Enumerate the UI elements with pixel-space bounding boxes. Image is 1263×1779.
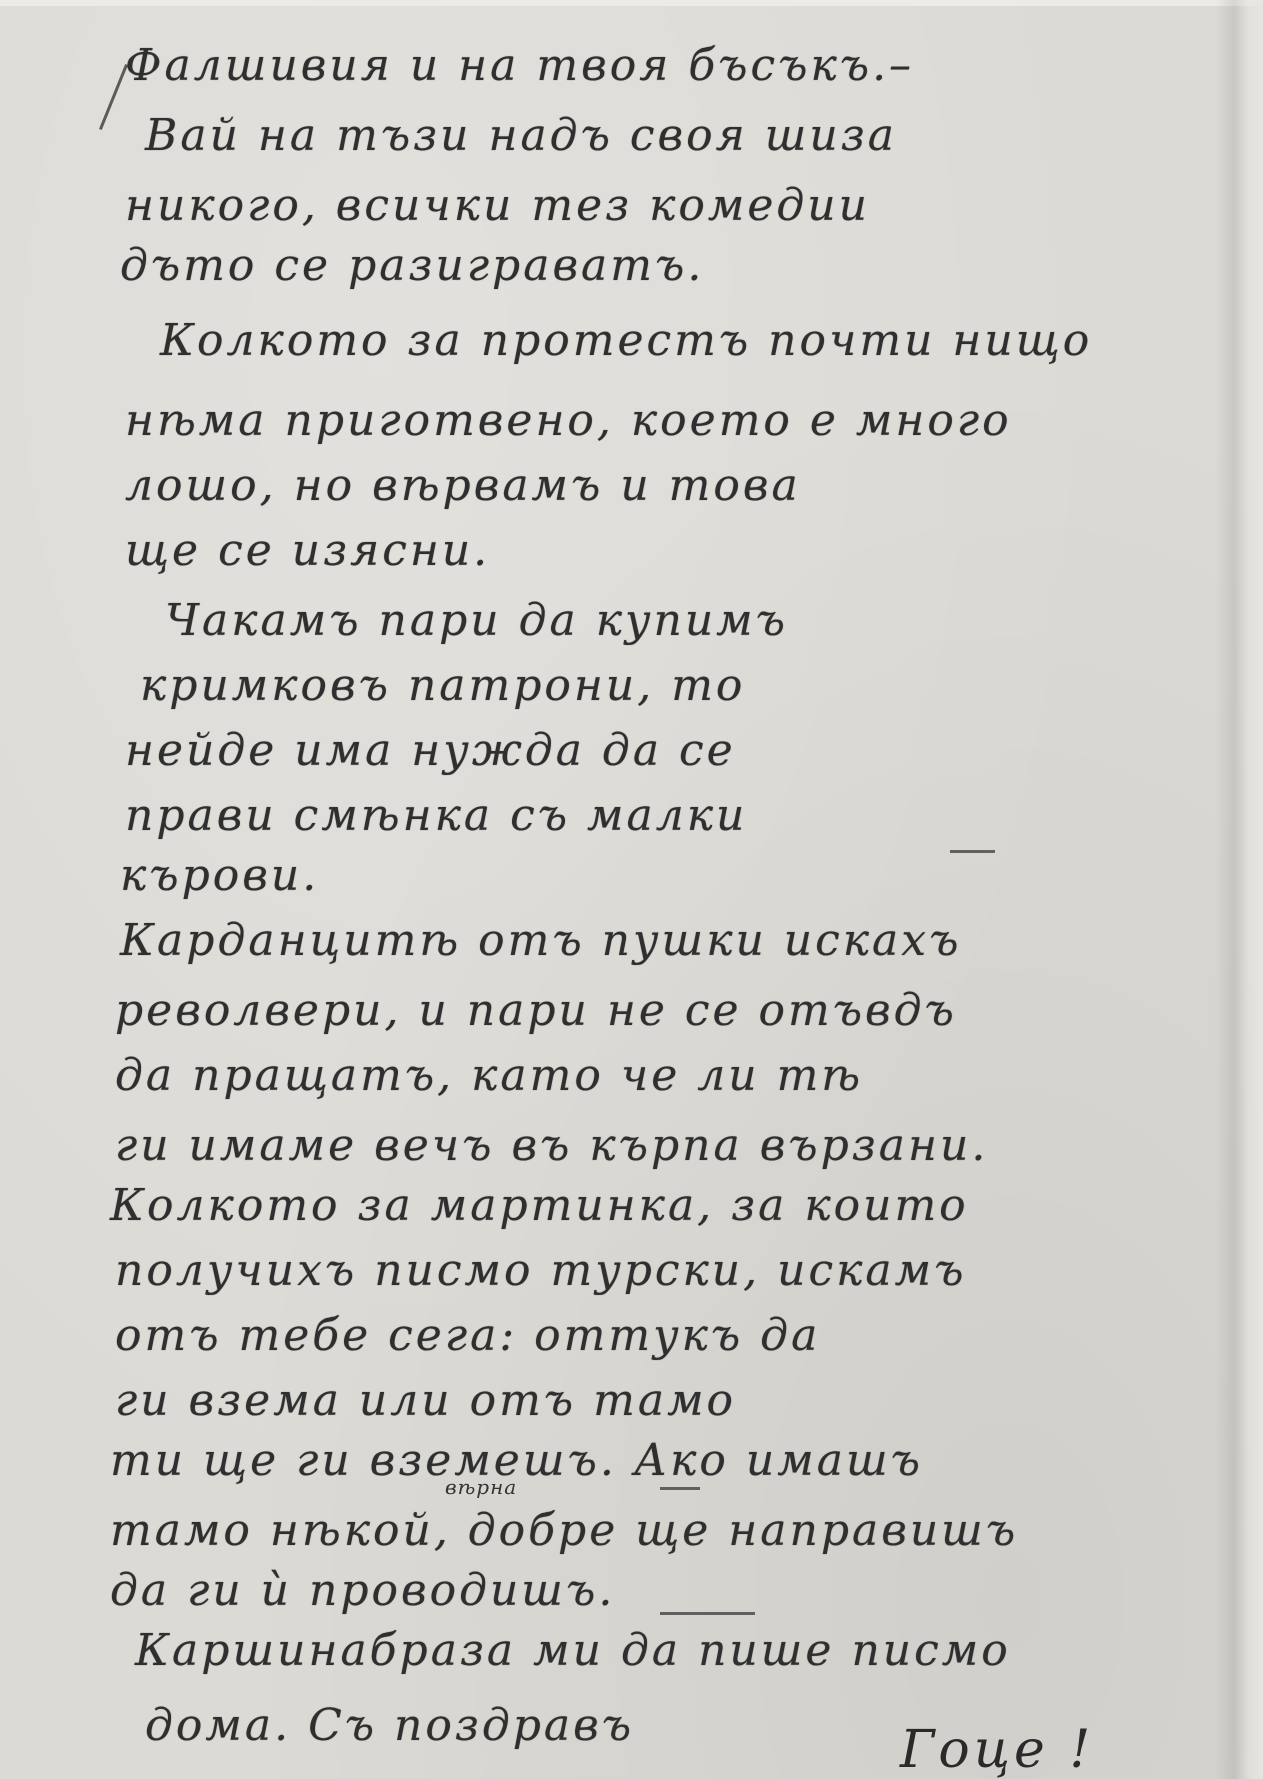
margin-stroke xyxy=(99,64,128,130)
handwritten-line-14: Карданцитѣ отъ пушки искахъ xyxy=(120,915,961,966)
page-right-edge xyxy=(1215,0,1263,1779)
handwritten-line-26: дома. Съ поздравъ xyxy=(145,1700,634,1751)
handwritten-line-3: никого, всички тез комедии xyxy=(125,180,870,231)
handwritten-line-13: кърови. xyxy=(120,850,319,901)
handwritten-line-12: прави смѣнка съ малки xyxy=(125,790,747,841)
handwritten-line-9: Чакамъ пари да купимъ xyxy=(165,595,788,646)
handwritten-line-20: отъ тебе сега: оттукъ да xyxy=(115,1310,820,1361)
handwritten-line-11: нейде има нужда да се xyxy=(125,725,736,776)
underline-mark xyxy=(660,1487,700,1490)
handwritten-line-5: Колкото за протестъ почти нищо xyxy=(160,315,1092,366)
underline-mark xyxy=(660,1612,755,1615)
handwritten-line-7: лошо, но вѣрвамъ и това xyxy=(125,460,801,511)
manuscript-page: Фалшивия и на твоя бъсъкъ.– Вай на тъзи … xyxy=(0,0,1263,1779)
handwritten-line-4: дъто се разиграватъ. xyxy=(120,240,704,291)
underline-mark xyxy=(950,850,995,853)
interlinear-insert: вѣрна xyxy=(445,1475,517,1499)
handwritten-line-6: нѣма приготвено, което е много xyxy=(125,395,1012,446)
signature: Гоце ! xyxy=(900,1720,1094,1779)
handwritten-line-15: револвери, и пари не се отъвдъ xyxy=(115,985,957,1036)
handwritten-line-16: да пращатъ, като че ли тѣ xyxy=(115,1050,863,1101)
handwritten-line-19: получихъ писмо турски, искамъ xyxy=(115,1245,966,1296)
handwritten-line-10: кримковъ патрони, то xyxy=(140,660,745,711)
page-top-edge xyxy=(0,0,1263,6)
handwritten-line-23: тамо нѣкой, добре ще направишъ xyxy=(110,1505,1018,1556)
handwritten-line-1: Фалшивия и на твоя бъсъкъ.– xyxy=(125,40,914,91)
handwritten-line-8: ще се изясни. xyxy=(125,525,490,576)
handwritten-line-21: ги взема или отъ тамо xyxy=(115,1375,736,1426)
handwritten-line-2: Вай на тъзи надъ своя шиза xyxy=(145,110,897,161)
handwritten-line-17: ги имаме вечъ въ кърпа вързани. xyxy=(115,1120,988,1171)
handwritten-line-24: да ги ѝ проводишъ. xyxy=(110,1565,615,1616)
handwritten-line-18: Колкото за мартинка, за които xyxy=(110,1180,969,1231)
handwritten-line-25: Каршинабраза ми да пише писмо xyxy=(135,1625,1011,1676)
